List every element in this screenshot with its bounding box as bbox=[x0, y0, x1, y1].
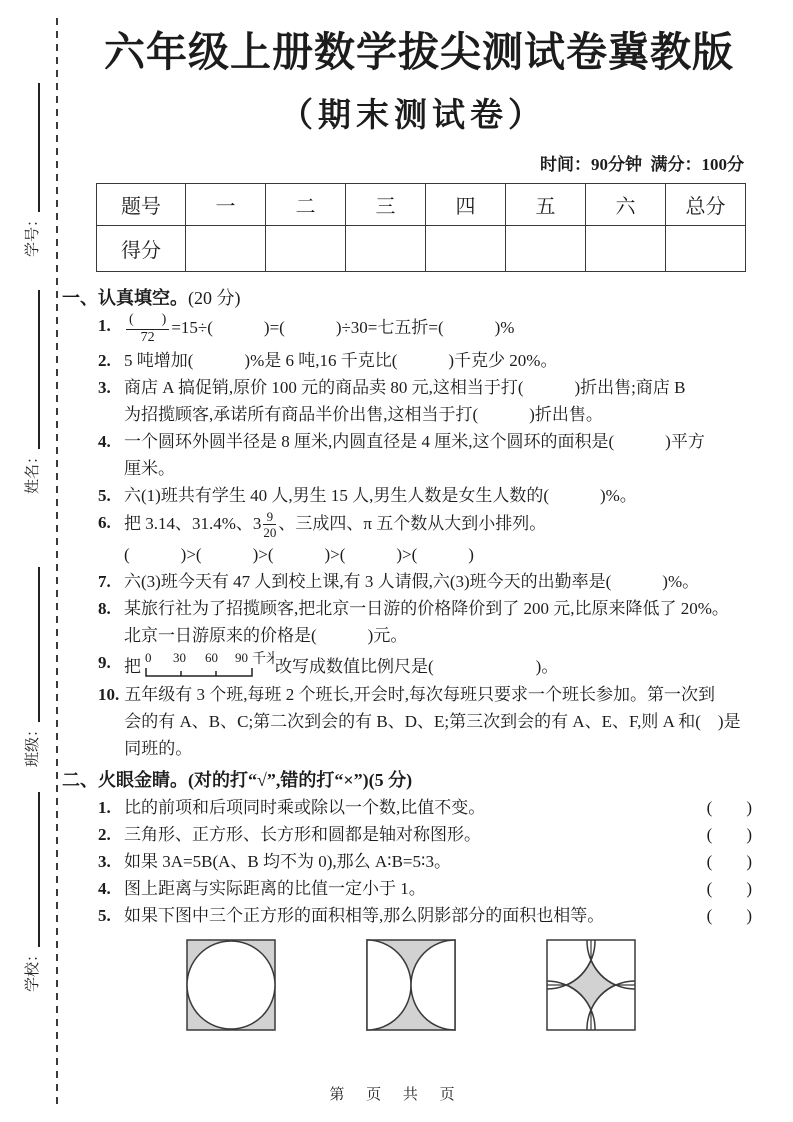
scale-tick-0: 0 bbox=[145, 650, 152, 665]
score-cell-empty bbox=[586, 226, 666, 272]
question-6: 6. 把 3.14、31.4%、3920、三成四、π 五个数从大到小排列。 ( … bbox=[98, 509, 764, 568]
question-10-line-2: 会的有 A、B、C;第二次到会的有 B、D、E;第三次到会的有 A、E、F,则 … bbox=[124, 712, 740, 731]
section1-heading: 一、认真填空。(20 分) bbox=[62, 284, 764, 312]
section1-heading-points: (20 分) bbox=[188, 288, 241, 308]
question-2: 2. 5 吨增加( )%是 6 吨,16 千克比( )千克少 20%。 bbox=[98, 347, 764, 374]
question-4-line-2: 厘米。 bbox=[124, 459, 175, 478]
question-3-line-2: 为招揽顾客,承诺所有商品半价出售,这相当于打( )折出售。 bbox=[124, 405, 603, 424]
judge-item-2-number: 2. bbox=[98, 821, 124, 848]
question-6-text-before: 把 3.14、31.4%、3 bbox=[124, 514, 261, 533]
judge-item-2: 2. 三角形、正方形、长方形和圆都是轴对称图形。 ( ) bbox=[98, 821, 764, 848]
judge-item-1-answer-blank: ( ) bbox=[707, 794, 764, 821]
class-blank-line bbox=[38, 567, 40, 722]
score-cell-empty bbox=[266, 226, 346, 272]
fraction-9-over-20: 920 bbox=[263, 509, 276, 541]
question-1-number: 1. bbox=[98, 312, 124, 339]
judge-item-5: 5. 如果下图中三个正方形的面积相等,那么阴影部分的面积也相等。 ( ) bbox=[98, 902, 764, 929]
question-10-line-1: 五年级有 3 个班,每班 2 个班长,开会时,每次每班只要求一个班长参加。第一次… bbox=[124, 685, 715, 704]
judge-item-3-answer-blank: ( ) bbox=[707, 848, 764, 875]
time-score-info: 时间：90分钟 满分：100分 bbox=[62, 150, 764, 175]
scale-unit-label: 千米 bbox=[252, 650, 274, 667]
score-col-1: 一 bbox=[186, 184, 266, 226]
student-number-blank-line bbox=[38, 83, 40, 212]
sidebar-field-class: 班级： bbox=[21, 567, 43, 767]
scale-tick-30: 30 bbox=[173, 650, 186, 665]
question-3: 3. 商店 A 搞促销,原价 100 元的商品卖 80 元,这相当于打( )折出… bbox=[98, 374, 764, 428]
judge-item-4: 4. 图上距离与实际距离的比值一定小于 1。 ( ) bbox=[98, 875, 764, 902]
score-cell-empty bbox=[346, 226, 426, 272]
section2-heading-note: (对的打“√”,错的打“×”)(5 分) bbox=[188, 770, 412, 790]
question-9: 9. 把 0 30 60 90 千米 改写成数值比例尺是( )。 bbox=[98, 649, 764, 681]
fill-in-questions: 1. ( )72=15÷( )=( )÷30=七五折=( )% 2. 5 吨增加… bbox=[98, 312, 764, 762]
judge-item-4-number: 4. bbox=[98, 875, 124, 902]
judge-item-4-answer-blank: ( ) bbox=[707, 875, 764, 902]
question-10-number: 10. bbox=[98, 681, 124, 708]
question-6-ordering-blanks: ( )>( )>( )>( )>( ) bbox=[124, 545, 474, 564]
fraction-blank-over-72: ( )72 bbox=[126, 312, 169, 347]
score-header-label: 题号 bbox=[97, 184, 186, 226]
question-3-number: 3. bbox=[98, 374, 124, 401]
page-footer: 第 页 共 页 bbox=[0, 1083, 793, 1104]
scale-tick-90: 90 bbox=[235, 650, 248, 665]
score-col-6: 六 bbox=[586, 184, 666, 226]
scale-bar-line bbox=[146, 668, 252, 676]
square-corner-arcs-star-figure bbox=[546, 939, 636, 1031]
score-col-3: 三 bbox=[346, 184, 426, 226]
judge-item-4-text: 图上距离与实际距离的比值一定小于 1。 bbox=[124, 875, 707, 902]
score-cell-empty bbox=[426, 226, 506, 272]
student-number-label: 学号： bbox=[23, 212, 43, 257]
question-1: 1. ( )72=15÷( )=( )÷30=七五折=( )% bbox=[98, 312, 764, 347]
section2-heading: 二、火眼金睛。(对的打“√”,错的打“×”)(5 分) bbox=[62, 766, 764, 794]
judge-item-2-text: 三角形、正方形、长方形和圆都是轴对称图形。 bbox=[124, 821, 707, 848]
judge-item-3: 3. 如果 3A=5B(A、B 均不为 0),那么 A∶B=5∶3。 ( ) bbox=[98, 848, 764, 875]
square-inscribed-circle-figure bbox=[186, 939, 276, 1031]
section2-heading-title: 二、火眼金睛。 bbox=[62, 770, 188, 790]
question-8-line-2: 北京一日游原来的价格是( )元。 bbox=[124, 626, 407, 645]
score-cell-empty bbox=[666, 226, 746, 272]
question-7-number: 7. bbox=[98, 568, 124, 595]
question-10: 10. 五年级有 3 个班,每班 2 个班长,开会时,每次每班只要求一个班长参加… bbox=[98, 681, 764, 762]
question-5-text: 六(1)班共有学生 40 人,男生 15 人,男生人数是女生人数的( )%。 bbox=[124, 486, 637, 505]
question-3-line-1: 商店 A 搞促销,原价 100 元的商品卖 80 元,这相当于打( )折出售;商… bbox=[124, 378, 685, 397]
question-8-line-1: 某旅行社为了招揽顾客,把北京一日游的价格降价到了 200 元,比原来降低了 20… bbox=[124, 599, 729, 618]
question-5: 5. 六(1)班共有学生 40 人,男生 15 人,男生人数是女生人数的( )%… bbox=[98, 482, 764, 509]
judge-item-2-answer-blank: ( ) bbox=[707, 821, 764, 848]
question-6-number: 6. bbox=[98, 509, 124, 536]
judge-item-5-number: 5. bbox=[98, 902, 124, 929]
name-label: 姓名： bbox=[23, 449, 43, 494]
question-4-number: 4. bbox=[98, 428, 124, 455]
square-two-semicircles-figure bbox=[366, 939, 456, 1031]
question-9-text-after: 改写成数值比例尺是( )。 bbox=[275, 657, 558, 676]
sidebar-field-name: 姓名： bbox=[21, 290, 43, 494]
score-col-5: 五 bbox=[506, 184, 586, 226]
question-8: 8. 某旅行社为了招揽顾客,把北京一日游的价格降价到了 200 元,比原来降低了… bbox=[98, 595, 764, 649]
judge-item-1-number: 1. bbox=[98, 794, 124, 821]
question-9-text-before: 把 bbox=[124, 657, 141, 676]
question-2-number: 2. bbox=[98, 347, 124, 374]
question-6-text-after: 、三成四、π 五个数从大到小排列。 bbox=[278, 514, 546, 533]
line-scale-bar-figure: 0 30 60 90 千米 bbox=[142, 649, 274, 681]
judge-item-5-answer-blank: ( ) bbox=[707, 902, 764, 929]
score-row-label: 得分 bbox=[97, 226, 186, 272]
question-9-number: 9. bbox=[98, 649, 124, 676]
question-2-text: 5 吨增加( )%是 6 吨,16 千克比( )千克少 20%。 bbox=[124, 351, 557, 370]
score-table: 题号 一 二 三 四 五 六 总分 得分 bbox=[96, 183, 746, 272]
name-blank-line bbox=[38, 290, 40, 449]
sidebar-field-school: 学校： bbox=[21, 792, 43, 992]
scale-tick-60: 60 bbox=[205, 650, 218, 665]
question-8-number: 8. bbox=[98, 595, 124, 622]
score-cell-empty bbox=[186, 226, 266, 272]
binding-dashed-line bbox=[56, 18, 58, 1110]
paper-main: 六年级上册数学拔尖测试卷冀教版 （期末测试卷） 时间：90分钟 满分：100分 … bbox=[62, 26, 764, 1031]
question-7-text: 六(3)班今天有 47 人到校上课,有 3 人请假,六(3)班今天的出勤率是( … bbox=[124, 572, 699, 591]
score-col-2: 二 bbox=[266, 184, 346, 226]
score-col-total: 总分 bbox=[666, 184, 746, 226]
question-10-line-3: 同班的。 bbox=[124, 739, 192, 758]
school-blank-line bbox=[38, 792, 40, 947]
question-7: 7. 六(3)班今天有 47 人到校上课,有 3 人请假,六(3)班今天的出勤率… bbox=[98, 568, 764, 595]
score-table-score-row: 得分 bbox=[97, 226, 746, 272]
score-cell-empty bbox=[506, 226, 586, 272]
score-col-4: 四 bbox=[426, 184, 506, 226]
judge-item-3-text: 如果 3A=5B(A、B 均不为 0),那么 A∶B=5∶3。 bbox=[124, 848, 707, 875]
judge-item-5-text: 如果下图中三个正方形的面积相等,那么阴影部分的面积也相等。 bbox=[124, 902, 707, 929]
page-title: 六年级上册数学拔尖测试卷冀教版 bbox=[62, 26, 764, 79]
question-4: 4. 一个圆环外圆半径是 8 厘米,内圆直径是 4 厘米,这个圆环的面积是( )… bbox=[98, 428, 764, 482]
question-1-text: =15÷( )=( )÷30=七五折=( )% bbox=[171, 319, 514, 338]
score-table-header-row: 题号 一 二 三 四 五 六 总分 bbox=[97, 184, 746, 226]
question-5-number: 5. bbox=[98, 482, 124, 509]
page-subtitle: （期末测试卷） bbox=[62, 89, 764, 136]
question-4-line-1: 一个圆环外圆半径是 8 厘米,内圆直径是 4 厘米,这个圆环的面积是( )平方 bbox=[124, 432, 705, 451]
sidebar-field-student-number: 学号： bbox=[21, 83, 43, 257]
judge-item-1-text: 比的前项和后项同时乘或除以一个数,比值不变。 bbox=[124, 794, 707, 821]
class-label: 班级： bbox=[23, 722, 43, 767]
section1-heading-title: 一、认真填空。 bbox=[62, 288, 188, 308]
school-label: 学校： bbox=[23, 947, 43, 992]
judge-item-5-figures bbox=[186, 939, 764, 1031]
judge-item-3-number: 3. bbox=[98, 848, 124, 875]
judge-item-1: 1. 比的前项和后项同时乘或除以一个数,比值不变。 ( ) bbox=[98, 794, 764, 821]
